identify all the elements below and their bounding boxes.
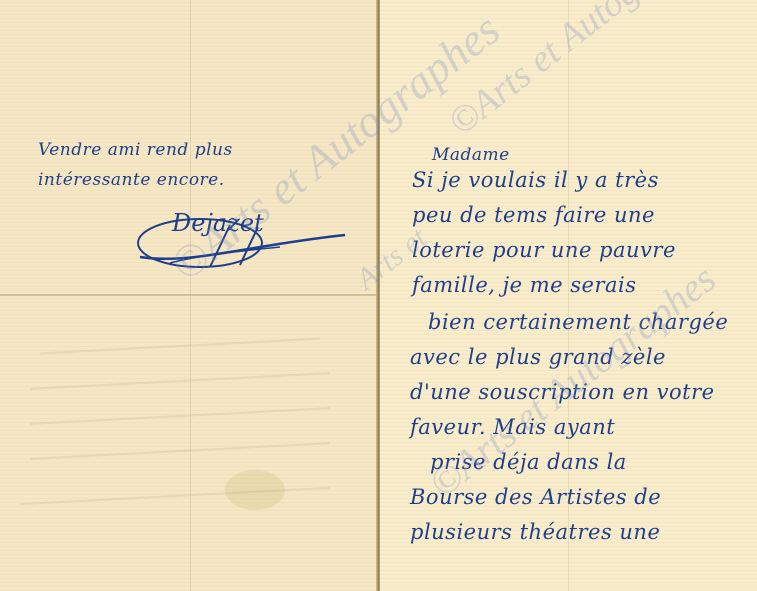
- letter-line: plusieurs théatres une: [410, 520, 660, 544]
- letter-line: intéressante encore.: [38, 170, 225, 190]
- letter-line: d'une souscription en votre: [410, 380, 715, 404]
- horizontal-fold: [0, 294, 378, 296]
- salutation: Madame: [432, 145, 510, 165]
- letter-line: loterie pour une pauvre: [412, 238, 676, 262]
- paper-stain: [225, 470, 285, 510]
- letter-line: prise déja dans la: [430, 450, 627, 474]
- letter-line: peu de tems faire une: [412, 203, 655, 227]
- vertical-fold: [568, 0, 569, 591]
- bleed-through-line: [40, 338, 320, 355]
- bleed-through-line: [30, 407, 330, 425]
- bleed-through-line: [30, 372, 330, 390]
- signature-name: Dejazet: [172, 209, 264, 237]
- signature: Dejazet: [130, 205, 350, 275]
- letter-line: Bourse des Artistes de: [410, 485, 661, 509]
- left-page: Vendre ami rend plus intéressante encore…: [0, 0, 378, 591]
- letter-line: famille, je me serais: [412, 273, 637, 297]
- bleed-through-line: [30, 442, 330, 460]
- letter-line: bien certainement chargée: [428, 310, 728, 334]
- letter-line: faveur. Mais ayant: [410, 415, 615, 439]
- letter-line: avec le plus grand zèle: [410, 345, 666, 369]
- letter-line: Vendre ami rend plus: [38, 140, 233, 160]
- letter-line: Si je voulais il y a très: [412, 168, 659, 192]
